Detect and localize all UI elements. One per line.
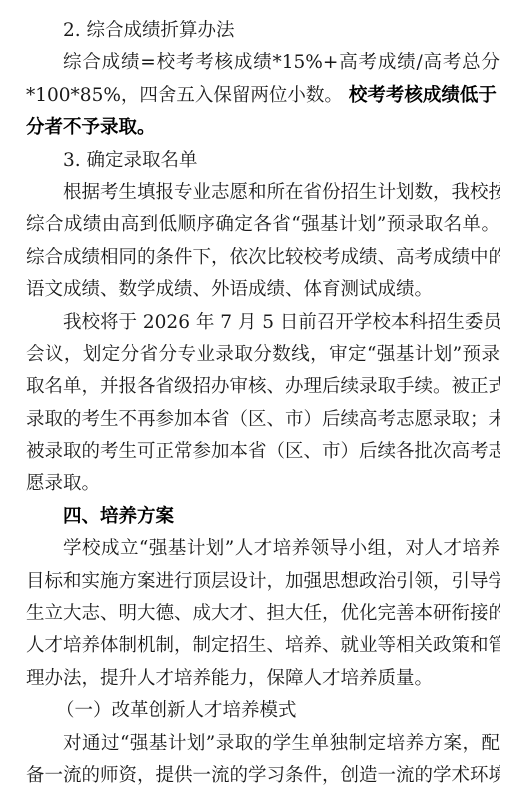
section-3-para2-line: 取名单，并报各省级招办审核、办理后续录取手续。被正式 xyxy=(26,371,500,403)
section-3-para2-line: 我校将于 2026 年 7 月 5 日前召开学校本科招生委员会 xyxy=(26,307,500,339)
subsection-1-para-line: 备一流的师资，提供一流的学习条件，创造一流的学术环境 xyxy=(26,760,500,792)
section-3-para2-line: 愿录取。 xyxy=(26,468,500,500)
formula-line-1: 综合成绩=校考考核成绩*15%+高考成绩/高考总分 xyxy=(26,47,500,79)
section-3-para2-line: 会议，划定分省分专业录取分数线，审定“强基计划”预录 xyxy=(26,339,500,371)
section-3-para1-line: 根据考生填报专业志愿和所在省份招生计划数，我校按 xyxy=(26,177,500,209)
section-3-para1-line: 综合成绩由高到低顺序确定各省“强基计划”预录取名单。 xyxy=(26,209,500,241)
section-3-para2-line: 被录取的考生可正常参加本省（区、市）后续各批次高考志 xyxy=(26,436,500,468)
formula-line-2-normal: *100*85%，四舍五入保留两位小数。 xyxy=(26,85,343,106)
formula-line-2: *100*85%，四舍五入保留两位小数。 校考考核成绩低于 60 xyxy=(26,80,500,112)
section-4-title: 四、培养方案 xyxy=(26,501,500,533)
subsection-1-title: （一）改革创新人才培养模式 xyxy=(26,695,500,727)
section-2-title: 2. 综合成绩折算办法 xyxy=(26,15,500,47)
formula-line-3-bold: 分者不予录取。 xyxy=(26,112,500,144)
formula-line-2-bold: 校考考核成绩低于 60 xyxy=(349,85,500,106)
section-4-para1-line: 理办法，提升人才培养能力，保障人才培养质量。 xyxy=(26,663,500,695)
section-3-para2-line: 录取的考生不再参加本省（区、市）后续高考志愿录取；未 xyxy=(26,404,500,436)
section-4-para1-line: 学校成立“强基计划”人才培养领导小组，对人才培养 xyxy=(26,533,500,565)
section-3-para1-line: 综合成绩相同的条件下，依次比较校考成绩、高考成绩中的 xyxy=(26,242,500,274)
section-3-para1-line: 语文成绩、数学成绩、外语成绩、体育测试成绩。 xyxy=(26,274,500,306)
subsection-1-para-line: 对通过“强基计划”录取的学生单独制定培养方案，配 xyxy=(26,728,500,760)
section-4-para1-line: 人才培养体制机制，制定招生、培养、就业等相关政策和管 xyxy=(26,630,500,662)
section-4-para1-line: 目标和实施方案进行顶层设计，加强思想政治引领，引导学 xyxy=(26,566,500,598)
section-4-para1-line: 生立大志、明大德、成大才、担大任，优化完善本研衔接的 xyxy=(26,598,500,630)
document-page: 2. 综合成绩折算办法 综合成绩=校考考核成绩*15%+高考成绩/高考总分 *1… xyxy=(26,15,500,792)
section-3-title: 3. 确定录取名单 xyxy=(26,145,500,177)
